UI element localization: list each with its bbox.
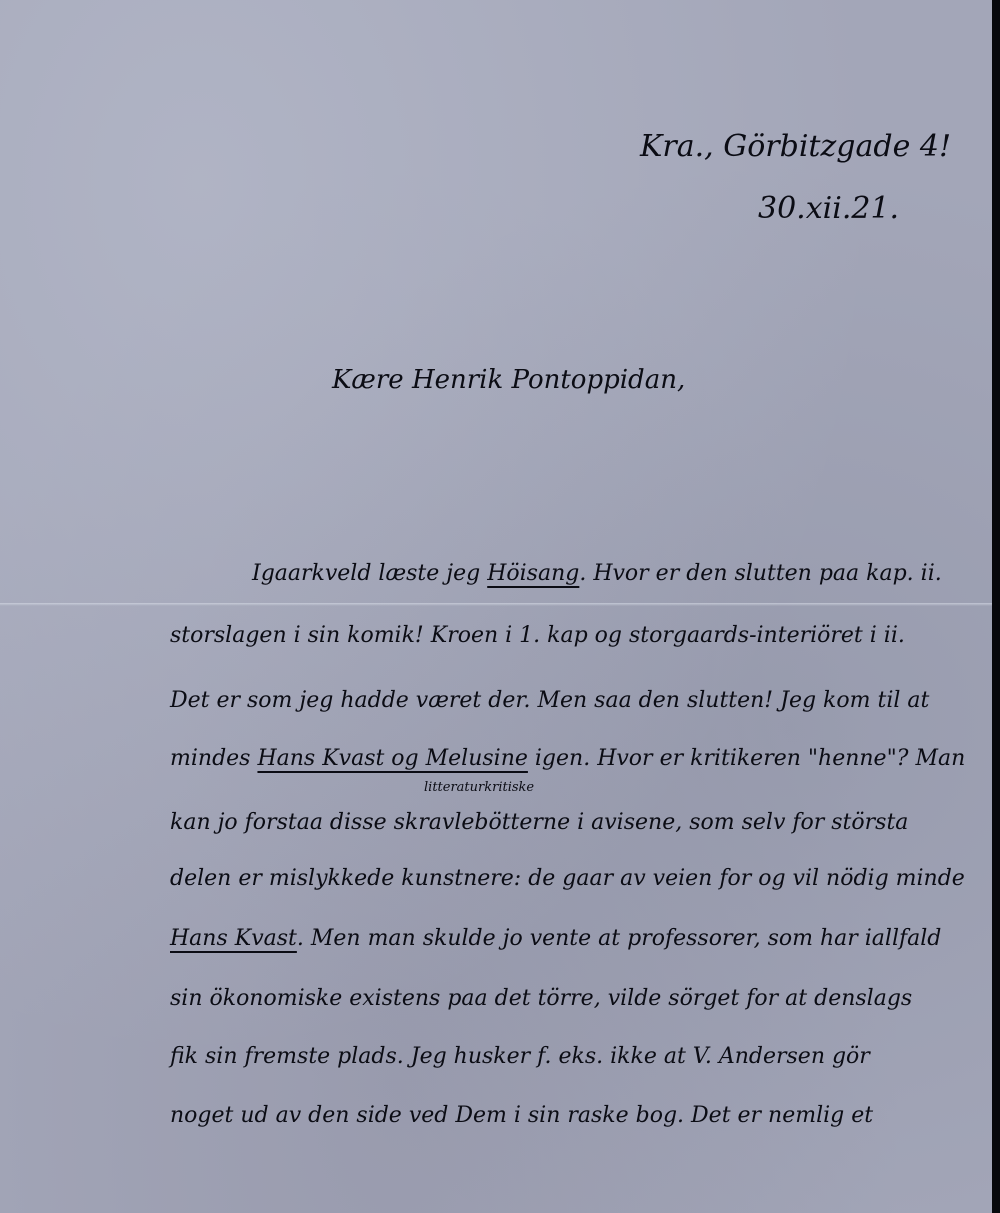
text-segment: . Men man skulde jo vente at professorer… xyxy=(297,926,941,951)
interlinear-insertion: litteraturkritiske xyxy=(424,780,534,795)
underlined-title: Hans Kvast xyxy=(170,926,297,951)
letter-date: 30.xii.21. xyxy=(758,194,899,224)
salutation: Kære Henrik Pontoppidan, xyxy=(332,367,685,393)
body-line-1: Igaarkveld læste jeg Höisang. Hvor er de… xyxy=(252,563,942,585)
underlined-title: Höisang xyxy=(487,561,579,586)
paper-fold-line xyxy=(0,603,992,606)
body-line-5: kan jo forstaa disse skravlebötterne i a… xyxy=(170,812,908,834)
text-segment: Igaarkveld læste jeg xyxy=(252,561,487,586)
body-line-4: mindes Hans Kvast og Melusine igen. Hvor… xyxy=(170,748,965,770)
scan-border xyxy=(992,0,1000,1213)
body-line-9: fik sin fremste plads. Jeg husker f. eks… xyxy=(170,1046,870,1068)
sender-address: Kra., Görbitzgade 4! xyxy=(640,132,951,162)
letter-page: Kra., Görbitzgade 4! 30.xii.21. Kære Hen… xyxy=(0,0,992,1213)
underlined-title: Hans Kvast og Melusine xyxy=(257,746,527,771)
text-segment: igen. Hvor er kritikeren "henne"? Man xyxy=(528,746,965,771)
body-line-7: Hans Kvast. Men man skulde jo vente at p… xyxy=(170,928,941,950)
text-segment: . Hvor er den slutten paa kap. ii. xyxy=(579,561,941,586)
body-line-6: delen er mislykkede kunstnere: de gaar a… xyxy=(170,868,965,890)
body-line-3: Det er som jeg hadde været der. Men saa … xyxy=(170,690,929,712)
text-segment: mindes xyxy=(170,746,257,771)
body-line-10: noget ud av den side ved Dem i sin raske… xyxy=(170,1105,873,1127)
body-line-2: storslagen i sin komik! Kroen i 1. kap o… xyxy=(170,625,905,647)
body-line-8: sin ökonomiske existens paa det törre, v… xyxy=(170,988,912,1010)
